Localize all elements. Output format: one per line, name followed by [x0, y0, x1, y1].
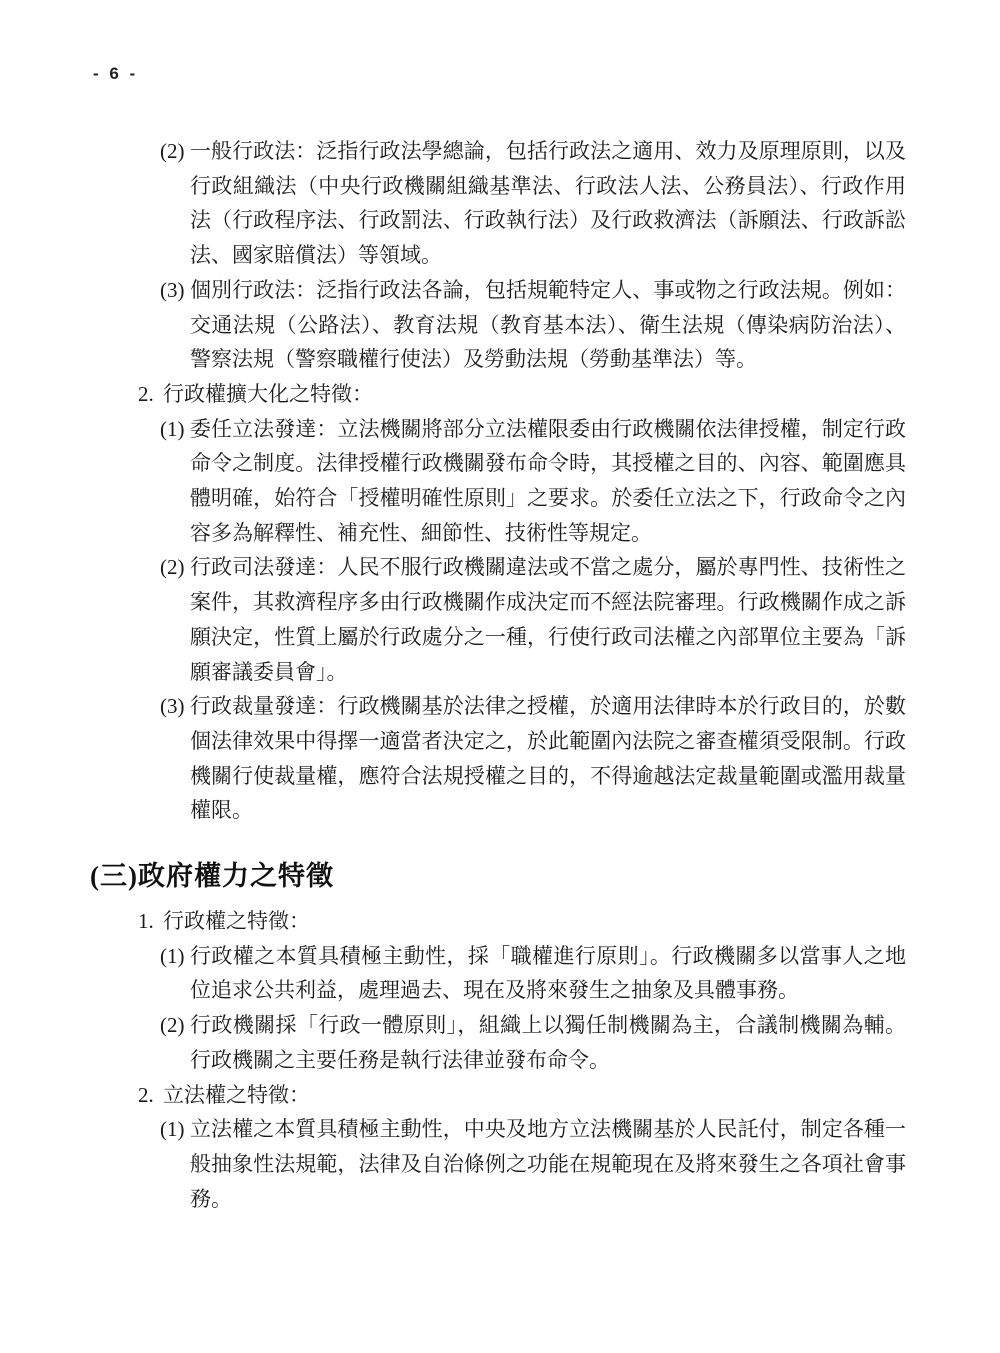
item-lines: 立法權之特徵： [163, 1078, 906, 1113]
text-line: 願審議委員會」。 [190, 655, 906, 690]
text-line: 行政機關採「行政一體原則」，組織上以獨任制機關為主，合議制機關為輔。 [190, 1008, 906, 1043]
text-line: 行政權之本質具積極主動性，採「職權進行原則」。行政機關多以當事人之地 [190, 939, 906, 974]
item-label: (1) [160, 939, 190, 974]
text-line: 法（行政程序法、行政罰法、行政執行法）及行政救濟法（訴願法、行政訴訟 [190, 203, 906, 238]
page-number: - 6 - [93, 64, 138, 84]
text-line: 行政權擴大化之特徵： [163, 377, 906, 412]
item-label: (2) [160, 134, 190, 169]
text-line: 願決定，性質上屬於行政處分之一種，行使行政司法權之內部單位主要為「訴 [190, 620, 906, 655]
item-lines: 行政機關採「行政一體原則」，組織上以獨任制機關為主，合議制機關為輔。行政機關之主… [190, 1008, 906, 1077]
text-line: 法、國家賠償法）等領域。 [190, 238, 906, 273]
item-label: (1) [160, 412, 190, 447]
item-lines: 立法權之本質具積極主動性，中央及地方立法機關基於人民託付，制定各種一般抽象性法規… [190, 1112, 906, 1216]
list-item-number: 2.立法權之特徵： [138, 1078, 906, 1113]
text-line: 一般行政法：泛指行政法學總論，包括行政法之適用、效力及原理原則，以及 [190, 134, 906, 169]
item-lines: 行政權之特徵： [163, 904, 906, 939]
item-label: (1) [160, 1112, 190, 1147]
list-item-paren: (2)一般行政法：泛指行政法學總論，包括行政法之適用、效力及原理原則，以及行政組… [160, 134, 906, 273]
item-label: (2) [160, 550, 190, 585]
list-item-paren: (3)個別行政法：泛指行政法各論，包括規範特定人、事或物之行政法規。例如：交通法… [160, 273, 906, 377]
item-lines: 行政權之本質具積極主動性，採「職權進行原則」。行政機關多以當事人之地位追求公共利… [190, 939, 906, 1008]
section-heading: (三)政府權力之特徵 [90, 857, 906, 895]
document-body: (2)一般行政法：泛指行政法學總論，包括行政法之適用、效力及原理原則，以及行政組… [0, 134, 1000, 1216]
item-label: (2) [160, 1008, 190, 1043]
item-label: 1. [138, 904, 163, 939]
item-label: (3) [160, 689, 190, 724]
list-item-paren: (1)委任立法發達：立法機關將部分立法權限委由行政機關依法律授權，制定行政命令之… [160, 412, 906, 551]
text-line: 警察法規（警察職權行使法）及勞動法規（勞動基準法）等。 [190, 342, 906, 377]
text-line: 委任立法發達：立法機關將部分立法權限委由行政機關依法律授權，制定行政 [190, 412, 906, 447]
item-label: 2. [138, 377, 163, 412]
text-line: 行政司法發達：人民不服行政機關違法或不當之處分，屬於專門性、技術性之 [190, 550, 906, 585]
item-lines: 委任立法發達：立法機關將部分立法權限委由行政機關依法律授權，制定行政命令之制度。… [190, 412, 906, 551]
item-lines: 個別行政法：泛指行政法各論，包括規範特定人、事或物之行政法規。例如：交通法規（公… [190, 273, 906, 377]
list-item-paren: (1)立法權之本質具積極主動性，中央及地方立法機關基於人民託付，制定各種一般抽象… [160, 1112, 906, 1216]
list-item-paren: (2)行政司法發達：人民不服行政機關違法或不當之處分，屬於專門性、技術性之案件，… [160, 550, 906, 689]
text-line: 位追求公共利益，處理過去、現在及將來發生之抽象及具體事務。 [190, 973, 906, 1008]
item-label: (3) [160, 273, 190, 308]
text-line: 個別行政法：泛指行政法各論，包括規範特定人、事或物之行政法規。例如： [190, 273, 906, 308]
text-line: 體明確，始符合「授權明確性原則」之要求。於委任立法之下，行政命令之內 [190, 481, 906, 516]
text-line: 般抽象性法規範，法律及自治條例之功能在規範現在及將來發生之各項社會事 [190, 1147, 906, 1182]
text-line: 行政裁量發達：行政機關基於法律之授權，於適用法律時本於行政目的，於數 [190, 689, 906, 724]
list-item-number: 2.行政權擴大化之特徵： [138, 377, 906, 412]
text-line: 行政權之特徵： [163, 904, 906, 939]
list-item-paren: (1)行政權之本質具積極主動性，採「職權進行原則」。行政機關多以當事人之地位追求… [160, 939, 906, 1008]
text-line: 立法權之特徵： [163, 1078, 906, 1113]
text-line: 案件，其救濟程序多由行政機關作成決定而不經法院審理。行政機關作成之訴 [190, 585, 906, 620]
item-lines: 行政裁量發達：行政機關基於法律之授權，於適用法律時本於行政目的，於數個法律效果中… [190, 689, 906, 828]
list-item-paren: (2)行政機關採「行政一體原則」，組織上以獨任制機關為主，合議制機關為輔。行政機… [160, 1008, 906, 1077]
text-line: 立法權之本質具積極主動性，中央及地方立法機關基於人民託付，制定各種一 [190, 1112, 906, 1147]
text-line: 行政組織法（中央行政機關組織基準法、行政法人法、公務員法）、行政作用 [190, 169, 906, 204]
item-label: 2. [138, 1078, 163, 1113]
text-line: 命令之制度。法律授權行政機關發布命令時，其授權之目的、內容、範圍應具 [190, 446, 906, 481]
text-line: 容多為解釋性、補充性、細節性、技術性等規定。 [190, 516, 906, 551]
list-item-paren: (3)行政裁量發達：行政機關基於法律之授權，於適用法律時本於行政目的，於數個法律… [160, 689, 906, 828]
text-line: 個法律效果中得擇一適當者決定之，於此範圍內法院之審查權須受限制。行政 [190, 724, 906, 759]
item-lines: 一般行政法：泛指行政法學總論，包括行政法之適用、效力及原理原則，以及行政組織法（… [190, 134, 906, 273]
document-page: - 6 - (2)一般行政法：泛指行政法學總論，包括行政法之適用、效力及原理原則… [0, 0, 1000, 1353]
item-lines: 行政權擴大化之特徵： [163, 377, 906, 412]
text-line: 交通法規（公路法）、教育法規（教育基本法）、衛生法規（傳染病防治法）、 [190, 308, 906, 343]
list-item-number: 1.行政權之特徵： [138, 904, 906, 939]
text-line: 機關行使裁量權，應符合法規授權之目的，不得逾越法定裁量範圍或濫用裁量 [190, 759, 906, 794]
text-line: 務。 [190, 1182, 906, 1217]
item-lines: 行政司法發達：人民不服行政機關違法或不當之處分，屬於專門性、技術性之案件，其救濟… [190, 550, 906, 689]
text-line: 權限。 [190, 793, 906, 828]
text-line: 行政機關之主要任務是執行法律並發布命令。 [190, 1043, 906, 1078]
